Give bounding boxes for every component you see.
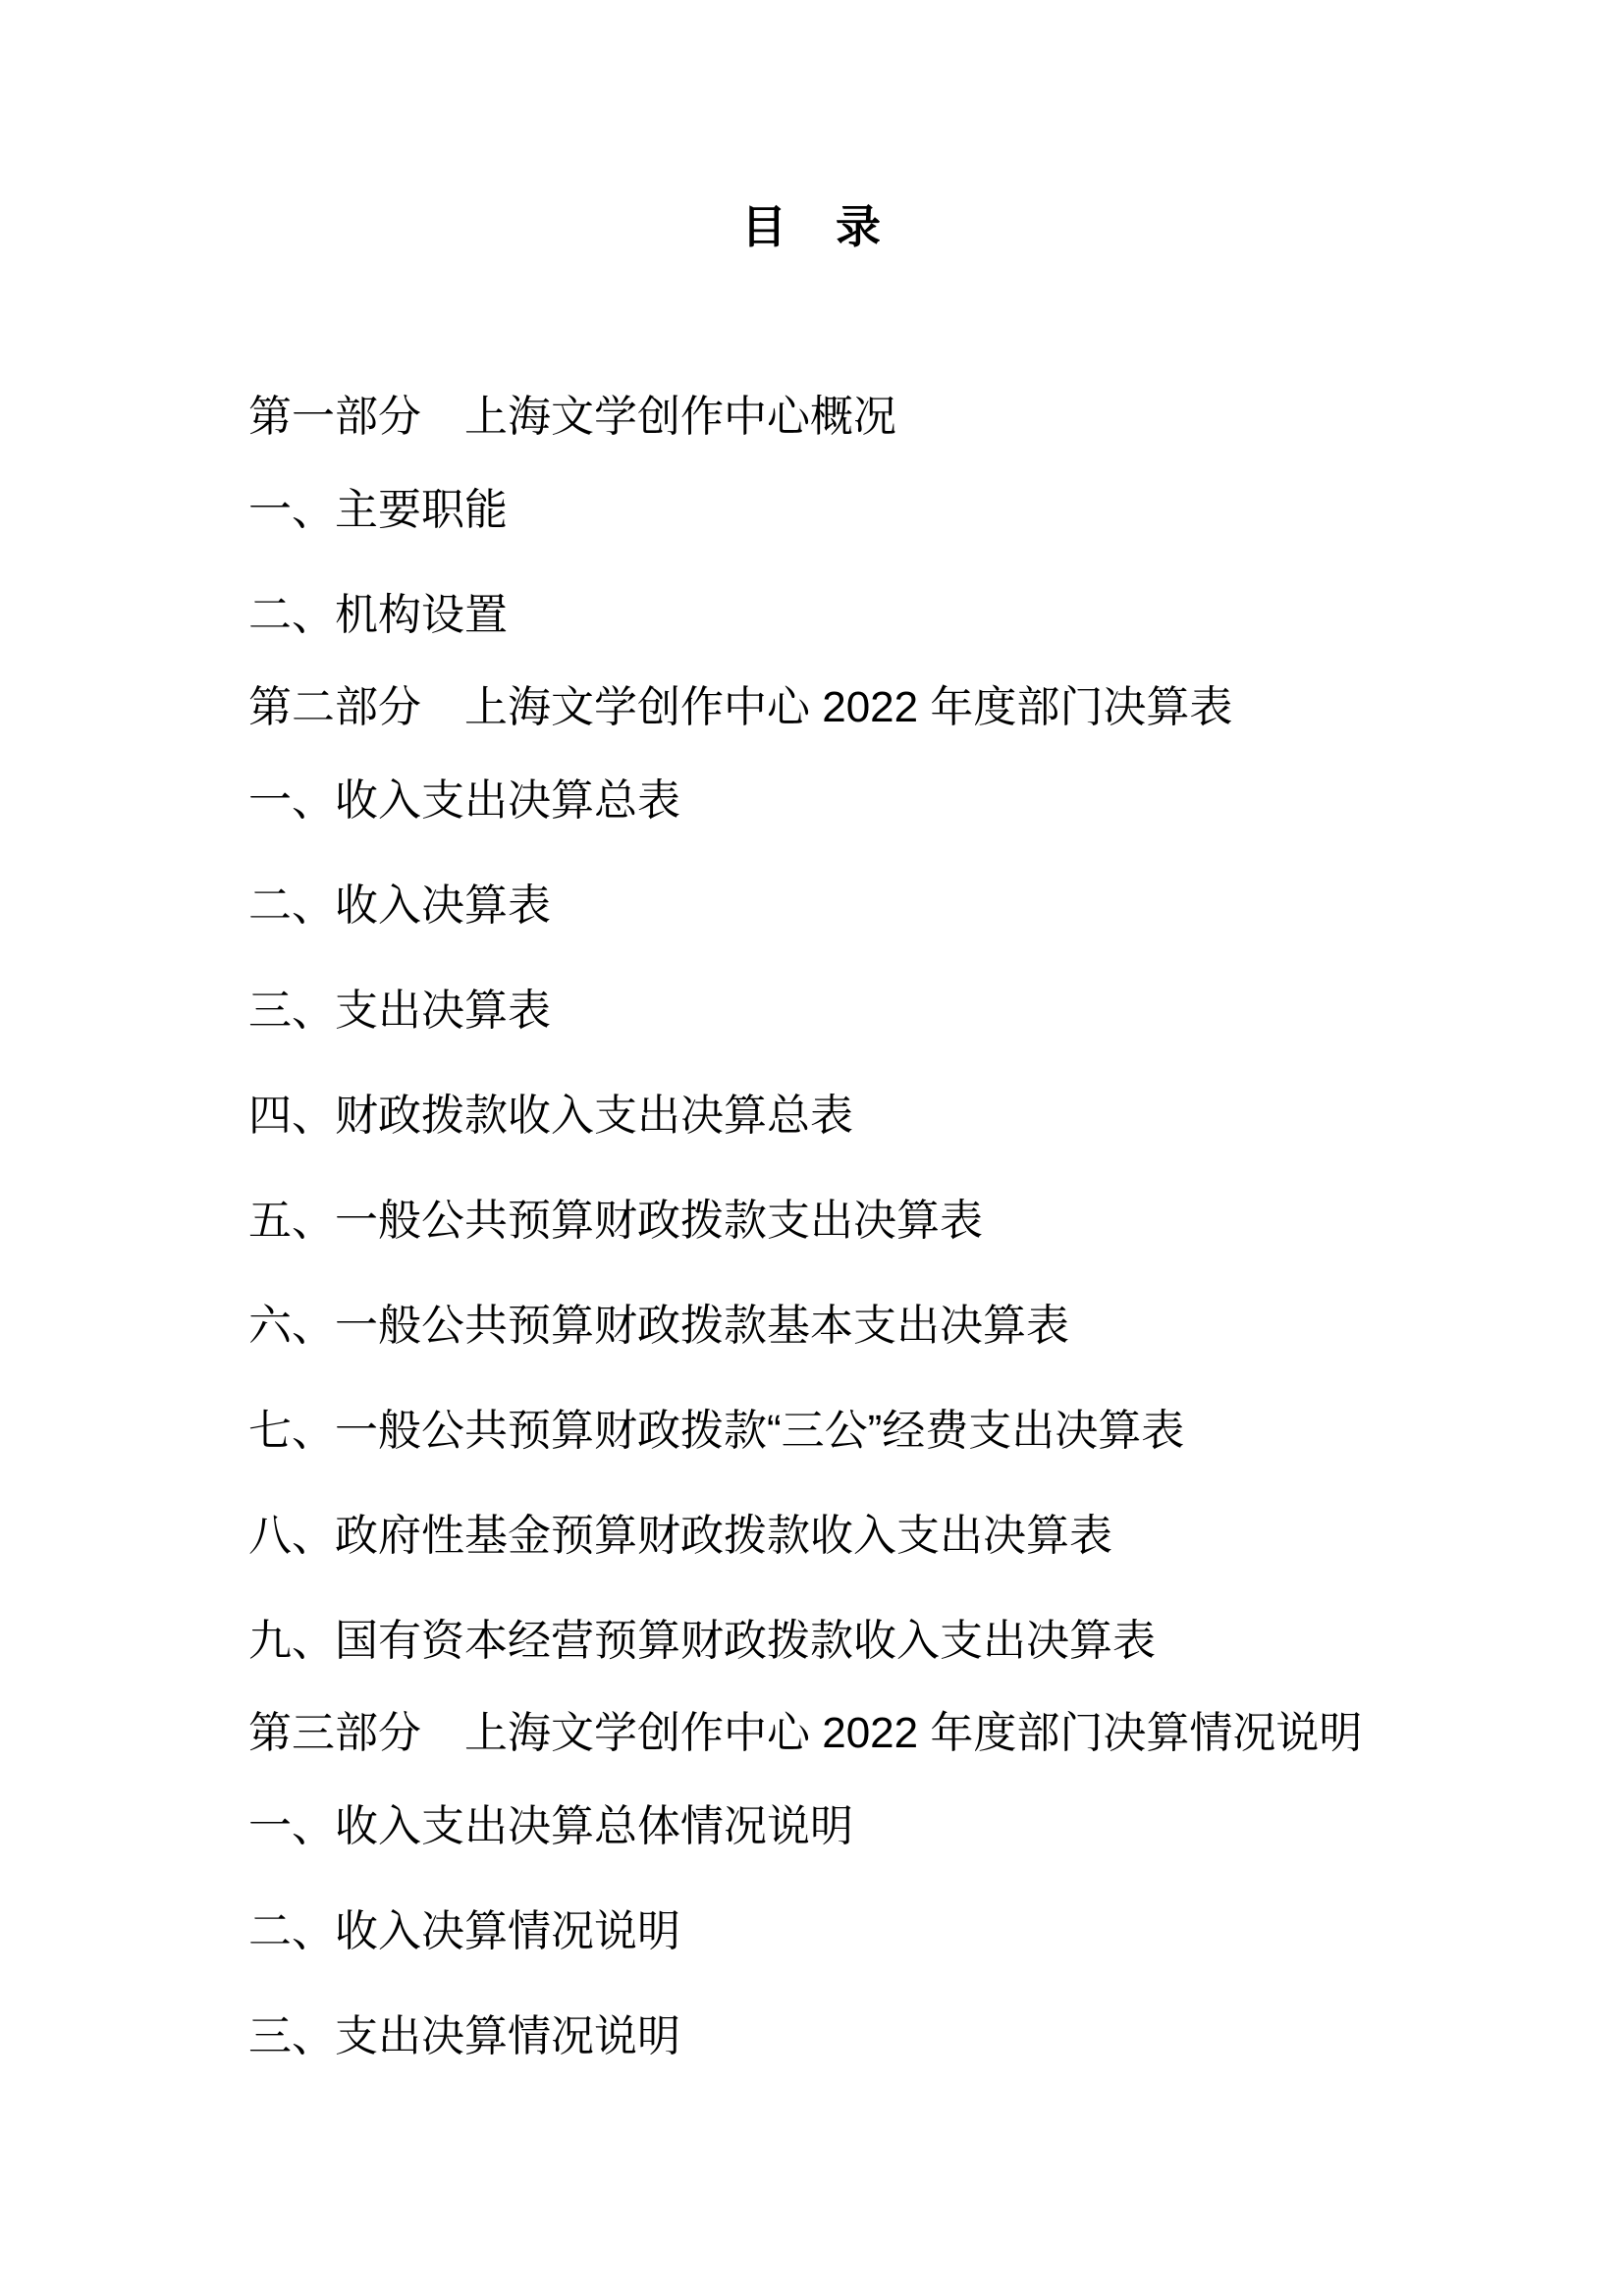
toc-item: 二、收入决算表 bbox=[248, 881, 1428, 931]
toc-item: 一、主要职能 bbox=[248, 486, 1428, 535]
toc-item: 二、收入决算情况说明 bbox=[248, 1907, 1428, 1956]
toc-item: 八、政府性基金预算财政拨款收入支出决算表 bbox=[248, 1512, 1428, 1561]
toc-item: 九、国有资本经营预算财政拨款收入支出决算表 bbox=[248, 1617, 1428, 1666]
toc-item: 二、机构设置 bbox=[248, 591, 1428, 640]
toc-item: 三、支出决算情况说明 bbox=[248, 2012, 1428, 2061]
table-of-contents: 第一部分 上海文学创作中心概况 一、主要职能 二、机构设置 第二部分 上海文学创… bbox=[0, 393, 1624, 2061]
toc-section-heading: 第二部分 上海文学创作中心 2022 年度部门决算表 bbox=[248, 683, 1428, 732]
toc-section-heading: 第一部分 上海文学创作中心概况 bbox=[248, 393, 1428, 442]
toc-section-heading: 第三部分 上海文学创作中心 2022 年度部门决算情况说明 bbox=[248, 1709, 1428, 1758]
toc-item: 三、支出决算表 bbox=[248, 987, 1428, 1036]
toc-item: 六、一般公共预算财政拨款基本支出决算表 bbox=[248, 1302, 1428, 1351]
toc-item: 一、收入支出决算总体情况说明 bbox=[248, 1802, 1428, 1851]
toc-item: 一、收入支出决算总表 bbox=[248, 776, 1428, 826]
toc-item: 五、一般公共预算财政拨款支出决算表 bbox=[248, 1197, 1428, 1246]
page-title: 目 录 bbox=[0, 201, 1624, 252]
toc-item: 四、财政拨款收入支出决算总表 bbox=[248, 1092, 1428, 1141]
toc-item: 七、一般公共预算财政拨款“三公”经费支出决算表 bbox=[248, 1407, 1428, 1456]
document-page: 目 录 第一部分 上海文学创作中心概况 一、主要职能 二、机构设置 第二部分 上… bbox=[0, 0, 1624, 2296]
